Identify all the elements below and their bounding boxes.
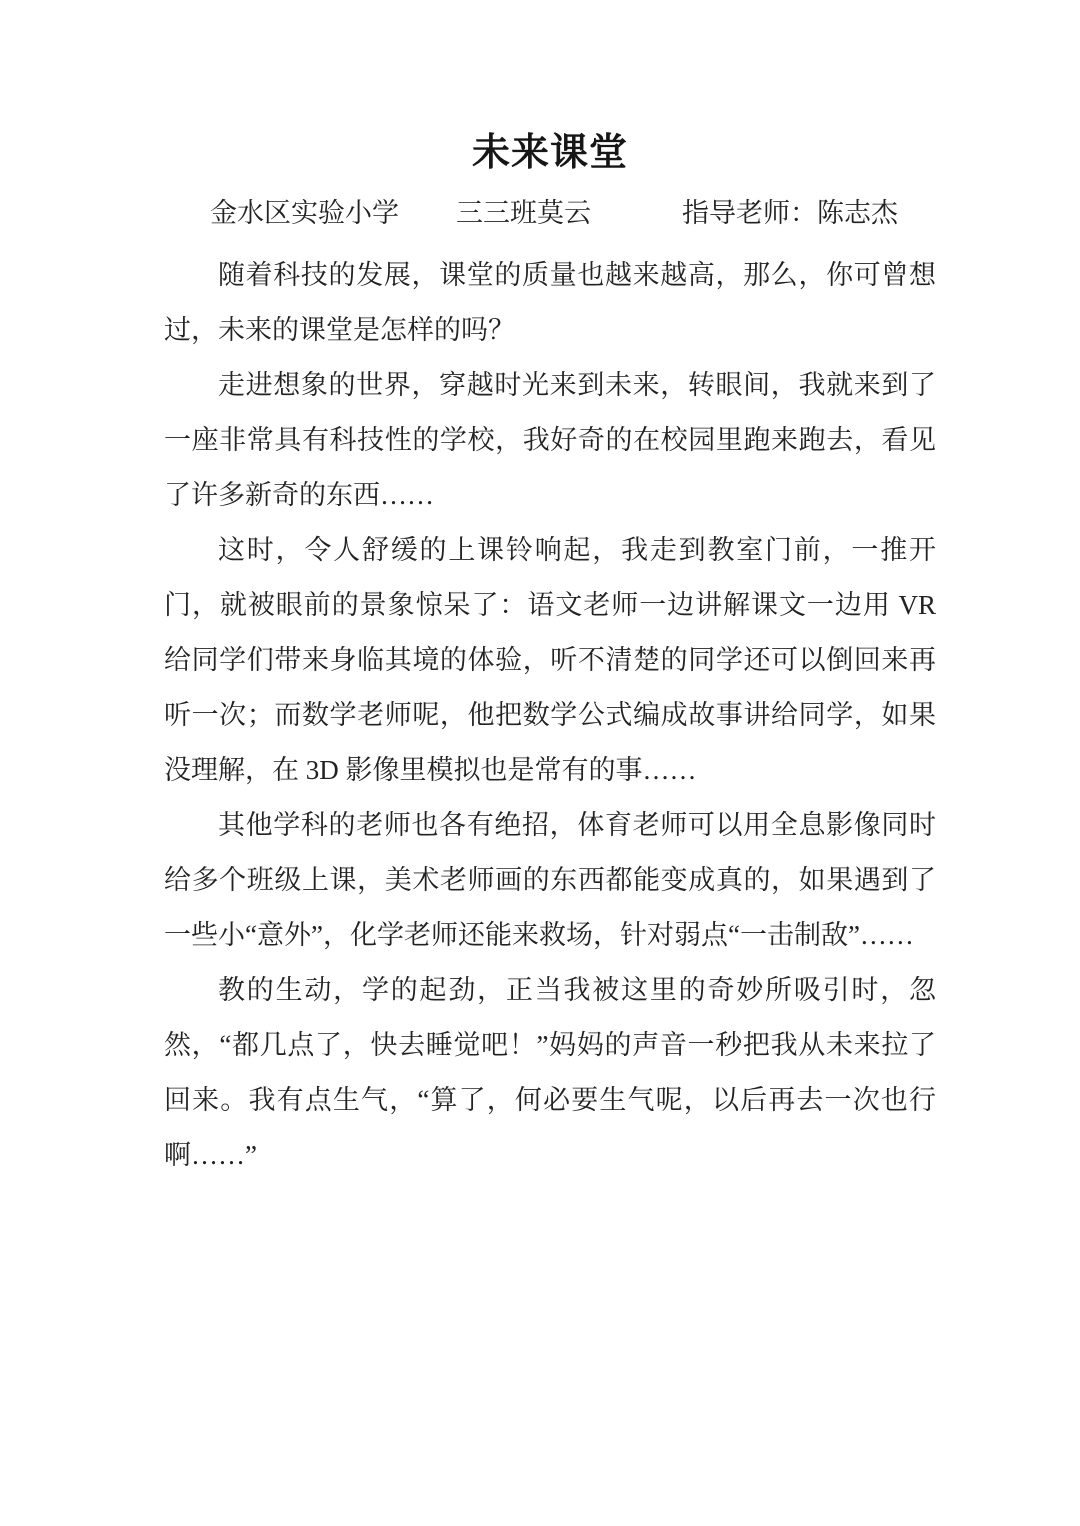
essay-paragraph: 其他学科的老师也各有绝招，体育老师可以用全息影像同时给多个班级上课，美术老师画的… (164, 798, 936, 963)
essay-document: 未来课堂 金水区实验小学三三班莫云指导老师：陈志杰 随着科技的发展，课堂的质量也… (164, 128, 936, 1183)
essay-paragraph: 这时，令人舒缓的上课铃响起，我走到教室门前，一推开门，就被眼前的景象惊呆了：语文… (164, 523, 936, 798)
byline: 金水区实验小学三三班莫云指导老师：陈志杰 (164, 194, 936, 232)
essay-paragraph: 教的生动，学的起劲，正当我被这里的奇妙所吸引时，忽然，“都几点了，快去睡觉吧！”… (164, 963, 936, 1183)
byline-class-author: 三三班莫云 (456, 198, 591, 228)
essay-title: 未来课堂 (164, 128, 936, 178)
essay-paragraph: 随着科技的发展，课堂的质量也越来越高，那么，你可曾想过，未来的课堂是怎样的吗？ (164, 248, 936, 358)
document-page: 未来课堂 金水区实验小学三三班莫云指导老师：陈志杰 随着科技的发展，课堂的质量也… (0, 0, 1080, 1526)
byline-school: 金水区实验小学 (210, 198, 399, 228)
byline-advisor: 指导老师：陈志杰 (682, 198, 898, 228)
essay-paragraph: 走进想象的世界，穿越时光来到未来，转眼间，我就来到了一座非常具有科技性的学校，我… (164, 358, 936, 523)
essay-body: 随着科技的发展，课堂的质量也越来越高，那么，你可曾想过，未来的课堂是怎样的吗？ … (164, 248, 936, 1183)
